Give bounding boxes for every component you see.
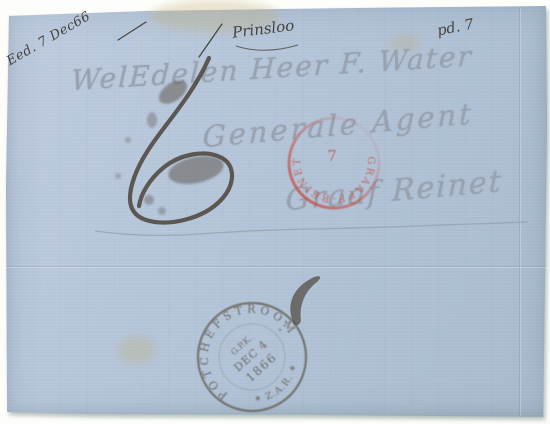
crescent-ink-squiggle — [290, 276, 320, 325]
name-note-slash-stroke — [199, 24, 222, 57]
rate-mark-6 — [115, 58, 232, 223]
name-note-underline-flourish — [236, 45, 298, 50]
ink-dot — [279, 329, 282, 332]
scanned-postal-cover: WelEdelen Heer F. Water Generale Agent G… — [0, 0, 550, 424]
ink-dot — [285, 321, 288, 324]
docket-slash-stroke — [118, 22, 146, 40]
ink-strokes-layer — [0, 0, 550, 424]
